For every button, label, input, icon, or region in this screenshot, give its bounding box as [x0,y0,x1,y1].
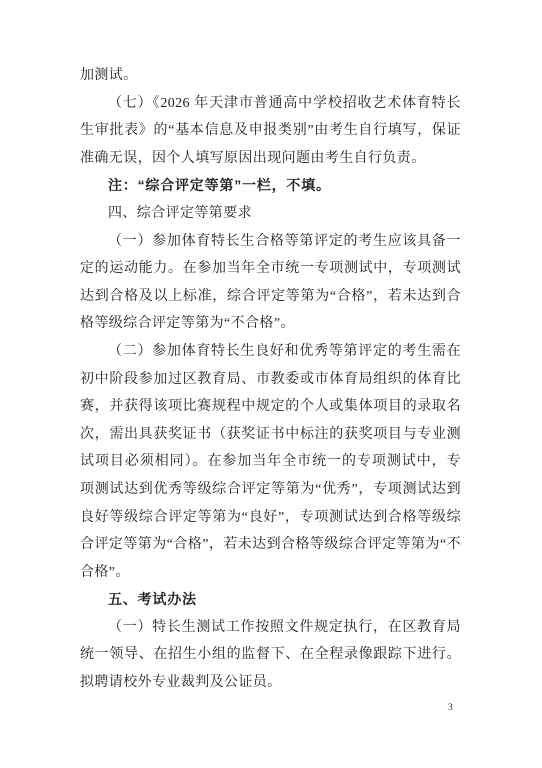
paragraph-section4-item-2: （二）参加体育特长生良好和优秀等第评定的考生需在初中阶段参加过区教育局、市教委或… [80,338,461,586]
paragraph-continuation: 加测试。 [80,62,461,90]
document-page: 加测试。 （七）《2026 年天津市普通高中学校招收艺术体育特长生审批表》的“基… [0,0,542,768]
note-line: 注：“综合评定等第”一栏，不填。 [80,172,461,200]
section-heading-4: 四、综合评定等第要求 [80,200,461,228]
paragraph-section5-item-1: （一）特长生测试工作按照文件规定执行，在区教育局统一领导、在招生小组的监督下、在… [80,614,461,697]
section-heading-5: 五、考试办法 [80,586,461,614]
paragraph-item-7: （七）《2026 年天津市普通高中学校招收艺术体育特长生审批表》的“基本信息及申… [80,90,461,173]
document-text-block: 加测试。 （七）《2026 年天津市普通高中学校招收艺术体育特长生审批表》的“基… [80,62,461,697]
paragraph-section4-item-1: （一）参加体育特长生合格等第评定的考生应该具备一定的运动能力。在参加当年全市统一… [80,228,461,338]
page-number: 3 [448,703,453,713]
